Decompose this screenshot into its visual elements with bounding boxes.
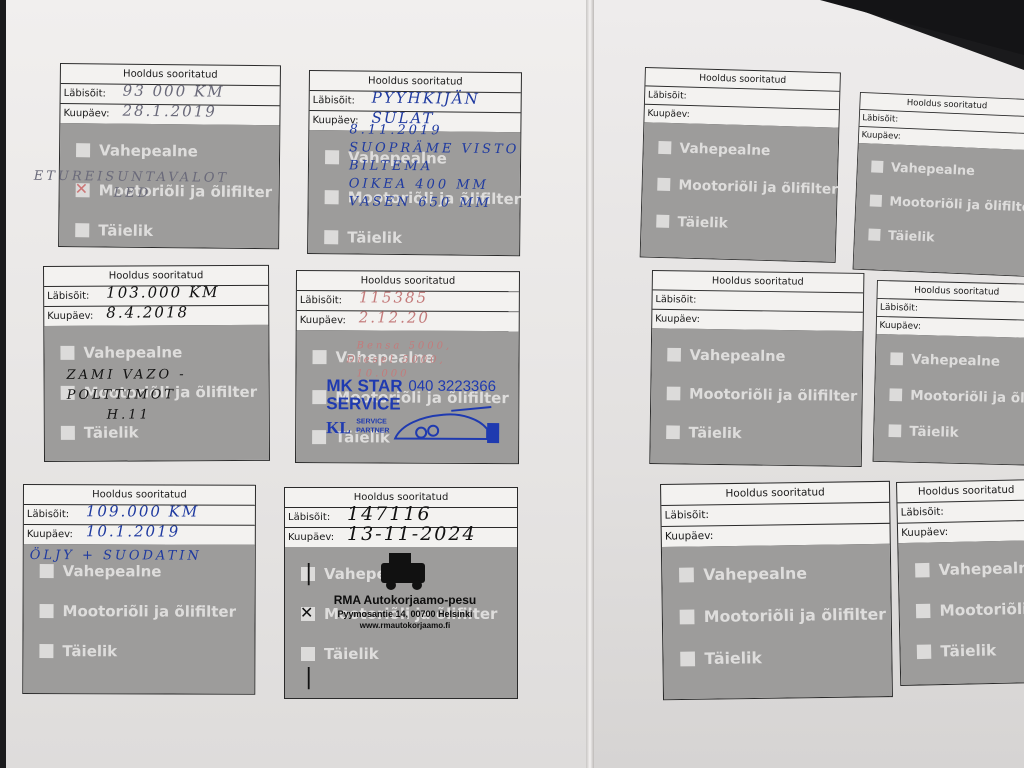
checkbox-icon[interactable] bbox=[916, 604, 931, 619]
option-oil[interactable]: Mootoriõli ja õlifilter bbox=[889, 387, 1024, 408]
option-full[interactable]: Täielik bbox=[301, 645, 379, 663]
options-area: Vahepealne ✕Mootoriõli ja õlifilter Täie… bbox=[59, 123, 279, 248]
options-area: Vahepealne Mootoriõli ja õlifilter Täiel… bbox=[853, 143, 1024, 276]
handwritten-note: POLTTIMOT bbox=[67, 387, 176, 403]
service-record-card-right-3: Hooldus sooritatud Läbisõit: Kuupäev: Va… bbox=[649, 270, 864, 467]
option-full[interactable]: Täielik bbox=[75, 221, 153, 240]
date-label: Kuupäev: bbox=[655, 310, 700, 329]
mileage-label: Läbisõit: bbox=[288, 508, 330, 527]
date-label: Kuupäev: bbox=[861, 127, 901, 145]
checkbox-icon[interactable] bbox=[76, 143, 90, 157]
date-row: Kuupäev: 10.1.2019 bbox=[24, 525, 255, 546]
mileage-label: Läbisõit: bbox=[880, 299, 918, 317]
options-area: Vahepealne Mootoriõli ja õlifilter Täiel… bbox=[296, 330, 519, 463]
stamp-badge-text: PARTNER bbox=[356, 427, 389, 434]
mileage-value: 103.000 KM bbox=[106, 283, 219, 303]
options-area: Vahepealne Mootoriõli ja õlifilter Täiel… bbox=[44, 325, 269, 461]
mileage-value: 93 000 KM bbox=[123, 82, 225, 102]
date-row: Kuupäev: 2.12.20 bbox=[297, 311, 519, 332]
checkbox-icon[interactable] bbox=[75, 223, 89, 237]
service-record-card-left-2: Hooldus sooritatud Läbisõit: PYYHKIJÄN K… bbox=[307, 70, 522, 256]
checkbox-icon[interactable] bbox=[680, 652, 695, 667]
checkbox-icon[interactable] bbox=[666, 425, 680, 439]
option-full[interactable]: Täielik bbox=[868, 227, 935, 245]
date-label: Kuupäev: bbox=[647, 105, 690, 124]
checkbox-icon[interactable] bbox=[324, 230, 338, 244]
date-label: Kuupäev: bbox=[288, 528, 334, 547]
mileage-label: Läbisõit: bbox=[648, 86, 687, 105]
date-label: Kuupäev: bbox=[901, 523, 948, 543]
mileage-label: Läbisõit: bbox=[27, 505, 69, 524]
options-area: Vahepealne ✕Mootoriõli ja õlifilter Täie… bbox=[285, 547, 517, 698]
date-label: Kuupäev: bbox=[665, 526, 714, 547]
option-interim[interactable]: Vahepealne bbox=[871, 159, 975, 179]
checkbox-icon[interactable] bbox=[39, 644, 53, 658]
mileage-label: Läbisõit: bbox=[64, 84, 106, 103]
option-full[interactable]: Täielik bbox=[656, 213, 728, 232]
checkbox-icon[interactable] bbox=[667, 387, 681, 401]
checkbox-icon[interactable] bbox=[657, 178, 670, 191]
checkbox-icon[interactable] bbox=[325, 150, 339, 164]
option-oil[interactable]: Mootoriõli ja õlifilter bbox=[667, 385, 858, 405]
mileage-value: 109.000 KM bbox=[86, 502, 199, 521]
service-record-card-right-4: Hooldus sooritatud Läbisõit: Kuupäev: Va… bbox=[873, 280, 1024, 466]
checkbox-icon[interactable] bbox=[889, 388, 902, 401]
date-label: Kuupäev: bbox=[63, 104, 109, 123]
checkbox-icon[interactable] bbox=[667, 348, 681, 362]
checkbox-icon[interactable] bbox=[301, 647, 315, 661]
option-full[interactable]: Täielik bbox=[39, 642, 117, 660]
service-record-card-left-3: Hooldus sooritatud Läbisõit: 103.000 KM … bbox=[43, 265, 270, 462]
service-record-card-left-5: Hooldus sooritatud Läbisõit: 109.000 KM … bbox=[22, 484, 256, 695]
date-label: Kuupäev: bbox=[47, 307, 93, 326]
options-area: Vahepealne Mootoriõli ja õlifilter Täiel… bbox=[308, 130, 520, 255]
checkbox-icon[interactable] bbox=[40, 604, 54, 618]
checkbox-icon[interactable] bbox=[870, 195, 882, 207]
date-value: 28.1.2019 bbox=[122, 102, 217, 122]
option-full[interactable]: Täielik bbox=[888, 423, 958, 441]
checkbox-icon[interactable] bbox=[61, 426, 75, 440]
checkbox-icon[interactable] bbox=[868, 228, 880, 240]
option-oil[interactable]: Mootoriõli ja õlifilter bbox=[870, 193, 1024, 215]
stamp-badge: KL bbox=[326, 418, 351, 438]
option-oil[interactable]: Mootoriõli ja õlifilter bbox=[680, 605, 887, 627]
options-area: Vahepealne Mootoriõli ja õlifilter Täiel… bbox=[662, 544, 892, 699]
pen-mark-icon: | bbox=[305, 561, 312, 586]
car-logo-icon bbox=[391, 403, 501, 450]
handwritten-note: ETUREISUNTAVALOT bbox=[34, 169, 229, 186]
checkbox-icon[interactable] bbox=[679, 568, 694, 583]
checkbox-icon[interactable] bbox=[917, 645, 932, 660]
option-full[interactable]: Täielik bbox=[61, 424, 139, 442]
mileage-label: Läbisõit: bbox=[313, 91, 355, 110]
option-oil[interactable]: Mootoriõli ja õlifilter bbox=[916, 598, 1024, 621]
mileage-value: 115385 bbox=[359, 288, 428, 307]
options-area: Vahepealne Mootoriõli ja õlifilter Täiel… bbox=[898, 540, 1024, 685]
option-interim[interactable]: Vahepealne bbox=[658, 139, 770, 159]
handwritten-note: SUOPRÄME VISTO bbox=[349, 140, 519, 157]
checkbox-icon[interactable] bbox=[888, 424, 901, 437]
checkbox-icon[interactable] bbox=[312, 390, 326, 404]
handwritten-note: OIKEA 400 MM bbox=[349, 176, 489, 192]
options-area: Vahepealne Mootoriõli ja õlifilter Täiel… bbox=[873, 334, 1024, 465]
mileage-label: Läbisõit: bbox=[862, 110, 899, 128]
options-area: Vahepealne Mootoriõli ja õlifilter Täiel… bbox=[650, 328, 862, 466]
mileage-label: Läbisõit: bbox=[655, 290, 696, 309]
mileage-label: Läbisõit: bbox=[300, 291, 342, 310]
option-full[interactable]: Täielik bbox=[324, 228, 402, 247]
checkbox-icon[interactable] bbox=[312, 430, 326, 444]
date-label: Kuupäev: bbox=[879, 317, 921, 335]
date-value: 8.4.2018 bbox=[106, 303, 189, 322]
checkbox-checked-icon[interactable]: ✕ bbox=[76, 183, 90, 197]
option-oil[interactable]: Mootoriõli ja õlifilter bbox=[657, 176, 838, 198]
date-value: 2.12.20 bbox=[359, 308, 430, 327]
date-value: 10.1.2019 bbox=[86, 522, 180, 541]
options-area: Vahepealne Mootoriõli ja õlifilter Täiel… bbox=[23, 544, 255, 694]
checkbox-icon[interactable] bbox=[871, 161, 883, 173]
option-interim[interactable]: Vahepealne bbox=[667, 346, 785, 365]
mileage-label: Läbisõit: bbox=[901, 502, 944, 522]
service-record-card-left-1: Hooldus sooritatud Läbisõit: 93 000 KM K… bbox=[58, 63, 281, 249]
service-record-card-left-6: Hooldus sooritatud Läbisõit: 147116 Kuup… bbox=[284, 487, 518, 699]
option-full[interactable]: Täielik bbox=[917, 641, 997, 661]
option-oil[interactable]: Mootoriõli ja õlifilter bbox=[40, 602, 236, 621]
checkbox-icon[interactable] bbox=[680, 610, 695, 625]
option-interim[interactable]: Vahepealne bbox=[890, 351, 1000, 370]
stamp-website: www.rmautokorjaamo.fi bbox=[315, 621, 495, 630]
book-spine bbox=[586, 0, 594, 768]
mileage-value: 147116 bbox=[347, 505, 432, 524]
option-interim[interactable]: Vahepealne bbox=[76, 141, 198, 160]
service-record-card-left-4: Hooldus sooritatud Läbisõit: 115385 Kuup… bbox=[295, 270, 520, 464]
mileage-value: PYYHKIJÄN bbox=[372, 89, 480, 109]
checkbox-icon[interactable] bbox=[656, 215, 669, 228]
option-interim[interactable]: Vahepealne bbox=[40, 562, 162, 580]
checkbox-icon[interactable] bbox=[40, 564, 54, 578]
options-area: Vahepealne Mootoriõli ja õlifilter Täiel… bbox=[641, 122, 839, 261]
stamp-service-label: SERVICE bbox=[326, 394, 400, 414]
date-row: Kuupäev: 8.4.2018 bbox=[44, 306, 268, 327]
option-full[interactable]: Täielik bbox=[666, 423, 742, 442]
service-record-card-right-2: Hooldus sooritatud Läbisõit: Kuupäev: Va… bbox=[853, 92, 1024, 277]
checkbox-icon[interactable] bbox=[658, 141, 671, 154]
stamp-address: Pyymosantie 14, 00700 Helsinki bbox=[315, 609, 495, 619]
checkbox-icon[interactable] bbox=[60, 346, 74, 360]
option-interim[interactable]: Vahepealne bbox=[60, 343, 182, 362]
checkbox-icon[interactable] bbox=[890, 352, 903, 365]
handwritten-note: 8.11.2019 bbox=[349, 122, 442, 138]
option-interim[interactable]: Vahepealne bbox=[679, 564, 807, 585]
checkbox-icon[interactable] bbox=[325, 190, 339, 204]
handwritten-note: ZAMI VAZO - bbox=[67, 367, 187, 383]
stamp-badge-text: SERVICE bbox=[356, 418, 387, 425]
handwritten-note: ÖLJY + SUODATIN bbox=[30, 548, 202, 564]
date-label: Kuupäev: bbox=[27, 525, 73, 544]
check-mark-icon: ✕ bbox=[300, 603, 313, 622]
card-header: Hooldus sooritatud bbox=[897, 480, 1024, 503]
handwritten-note: H.11 bbox=[107, 407, 151, 422]
mileage-label: Läbisõit: bbox=[665, 505, 710, 526]
stamp-phone: 040 3223366 bbox=[408, 378, 496, 395]
date-value: 13-11-2024 bbox=[347, 525, 477, 544]
checkbox-checked-icon[interactable]: ✕ bbox=[301, 607, 315, 621]
handwritten-note: LED bbox=[114, 186, 152, 201]
option-interim[interactable]: Vahepealne bbox=[915, 559, 1024, 580]
tow-truck-logo-icon bbox=[375, 549, 435, 591]
mileage-label: Läbisõit: bbox=[47, 287, 89, 306]
date-row: Kuupäev: 13-11-2024 bbox=[285, 528, 517, 548]
handwritten-note: VASEN 650 MM bbox=[349, 194, 493, 211]
option-full[interactable]: Täielik bbox=[680, 648, 762, 668]
handwritten-note: Diesel 5000, bbox=[347, 354, 446, 366]
checkbox-icon[interactable] bbox=[313, 350, 327, 364]
checkbox-icon[interactable] bbox=[915, 563, 930, 578]
pen-mark-icon: | bbox=[305, 665, 312, 690]
service-record-card-right-5: Hooldus sooritatud Läbisõit: Kuupäev: Va… bbox=[660, 481, 893, 700]
date-label: Kuupäev: bbox=[300, 311, 346, 330]
stamp-business-name: RMA Autokorjaamo-pesu bbox=[315, 593, 495, 607]
service-record-card-right-6: Hooldus sooritatud Läbisõit: Kuupäev: Va… bbox=[896, 479, 1024, 686]
service-record-card-right-1: Hooldus sooritatud Läbisõit: Kuupäev: Va… bbox=[640, 67, 841, 262]
mileage-row: Läbisõit: bbox=[897, 501, 1024, 524]
handwritten-note: BILTEMA bbox=[349, 158, 433, 174]
handwritten-note: Bensa 5000, bbox=[357, 340, 453, 352]
